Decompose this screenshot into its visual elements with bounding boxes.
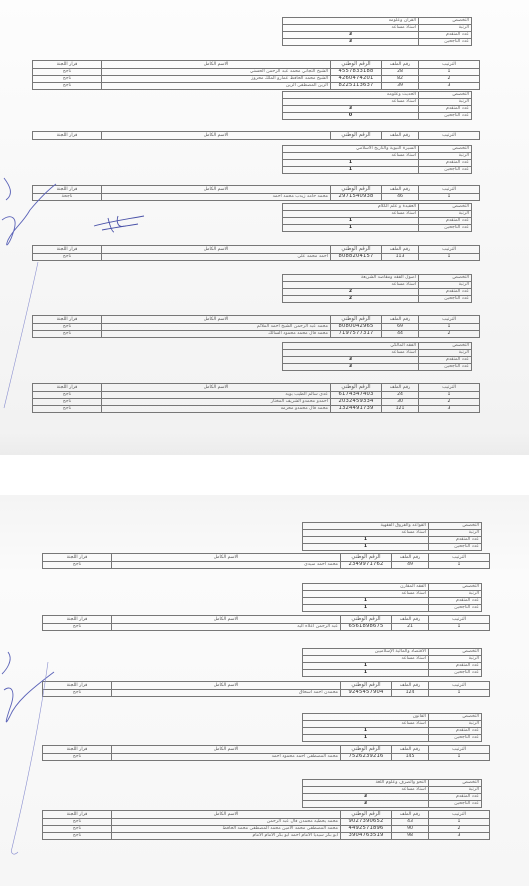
col-full-name-header: الاسم الكامل [102,246,331,254]
file-number-cell: 124 [392,690,429,697]
rank-label: الرتبة [429,530,482,537]
table-row: 3983904763519ابو بكر سيديا الامام احمد ا… [43,833,490,840]
rank-row: الرتبةاستاذ مساعد [283,99,472,106]
order-cell: 1 [419,324,480,331]
passed-count-label: عدد الناجحين [419,167,472,174]
col-order-header: الترتيب [429,811,490,819]
file-number-cell: 43 [392,819,429,826]
order-cell: 2 [419,76,480,83]
table-row: 3398225113637الزين المصطفى الزينناجح [33,83,480,90]
national-id-cell: 4557833188 [331,69,382,76]
passed-count-row: عدد الناجحين1 [303,670,482,677]
passed-count-value: 3 [283,39,419,46]
passed-count-label: عدد الناجحين [419,113,472,120]
specialization-value: القانون [303,714,429,721]
full-name-cell: محمد احمد سيدي [112,562,341,569]
col-file-header: رقم الملف [392,616,429,624]
passed-count-label: عدد الناجحين [429,544,482,551]
passed-count-row: عدد الناجحين1 [303,605,482,612]
national-id-cell: 8088204157 [331,254,382,261]
rank-value: استاذ مساعد [283,350,419,357]
applicants-count-label: عدد المتقدم [419,160,472,167]
specialization-info-table: التخصصاصول الفقه ومقاصد الشريعةالرتبةاست… [282,274,472,303]
results-table: الترتيبرقم الملفالرقم الوطنيالاسم الكامل… [32,315,480,338]
col-decision-header: قرار اللجنة [33,61,102,69]
decision-cell: ناجح [43,833,112,840]
rank-label: الرتبة [419,153,472,160]
passed-count-label: عدد الناجحين [429,801,482,808]
rank-value: استاذ مساعد [283,153,419,160]
order-cell: 2 [419,399,480,406]
specialization-info-table: التخصصالقواعد والفروق الفقهيةالرتبةاستاذ… [302,522,482,551]
rank-value: استاذ مساعد [283,25,419,32]
applicants-count-row: عدد المتقدم1 [283,218,472,225]
rank-value: استاذ مساعد [283,211,419,218]
passed-count-value: 1 [283,167,419,174]
rank-label: الرتبة [419,350,472,357]
rank-row: الرتبةاستاذ مساعد [283,211,472,218]
col-decision-header: قرار اللجنة [43,746,112,754]
results-header-row: الترتيبرقم الملفالرقم الوطنيالاسم الكامل… [33,246,480,254]
passed-count-value: 1 [283,225,419,232]
col-national-id-header: الرقم الوطني [341,554,392,562]
applicants-count-value: 1 [283,160,419,167]
col-file-header: رقم الملف [382,61,419,69]
specialization-value: القواعد والفروق الفقهية [303,523,429,530]
col-decision-header: قرار اللجنة [33,384,102,392]
national-id-cell: 2349971762 [341,562,392,569]
national-id-cell: 7526239216 [341,754,392,761]
decision-cell: ناجح [33,324,102,331]
results-table: الترتيبرقم الملفالرقم الوطنيالاسم الكامل… [42,810,490,840]
col-decision-header: قرار اللجنة [43,811,112,819]
rank-label: الرتبة [419,211,472,218]
specialization-row: التخصصالفقه المقارن [303,584,482,591]
rank-value: استاذ مساعد [283,99,419,106]
decision-cell: ناجح [33,69,102,76]
passed-count-label: عدد الناجحين [419,39,472,46]
full-name-cell: محمد عبد الرحمن الشيخ احمد الملائم [102,324,331,331]
file-number-cell: 44 [382,331,419,338]
rank-value: استاذ مساعد [283,282,419,289]
specialization-row: التخصصالقانون [303,714,482,721]
full-name-cell: ابو بكر سيديا الامام احمد ابو بكر الامام… [112,833,341,840]
results-table: الترتيبرقم الملفالرقم الوطنيالاسم الكامل… [42,681,490,697]
results-header-row: الترتيبرقم الملفالرقم الوطنيالاسم الكامل… [33,384,480,392]
full-name-cell: محمد المصطفى احمد محمود احمد [112,754,341,761]
col-national-id-header: الرقم الوطني [331,246,382,254]
rank-row: الرتبةاستاذ مساعد [283,282,472,289]
col-national-id-header: الرقم الوطني [341,682,392,690]
applicants-count-label: عدد المتقدم [429,794,482,801]
national-id-cell: 7197577317 [331,331,382,338]
applicants-count-value: 2 [283,289,419,296]
col-national-id-header: الرقم الوطني [331,61,382,69]
applicants-count-row: عدد المتقدم1 [283,160,472,167]
results-table: الترتيبرقم الملفالرقم الوطنيالاسم الكامل… [32,185,480,201]
specialization-value: الفقه المالكي [283,343,419,350]
order-cell: 1 [419,194,480,201]
col-order-header: الترتيب [419,246,480,254]
diagonal-pen-line-icon [0,260,40,410]
col-full-name-header: الاسم الكامل [102,384,331,392]
passed-count-row: عدد الناجحين2 [283,296,472,303]
table-row: 1462971540938محمد حامد زيدب محمد احمدناج… [33,194,480,201]
passed-count-row: عدد الناجحين1 [283,167,472,174]
applicants-count-label: عدد المتقدم [419,32,472,39]
specialization-label: التخصص [429,584,482,591]
table-row: 11457526239216محمد المصطفى احمد محمود اح… [43,754,490,761]
table-row: 2302032459334احمدو محمدو الشريف المختارن… [33,399,480,406]
passed-count-value: 3 [303,801,429,808]
order-cell: 1 [429,562,490,569]
applicants-count-row: عدد المتقدم1 [303,598,482,605]
col-order-header: الترتيب [429,746,490,754]
applicants-count-value: 1 [303,663,429,670]
national-id-cell: 8080042965 [331,324,382,331]
applicants-count-label: عدد المتقدم [429,663,482,670]
specialization-row: التخصصالفقه المالكي [283,343,472,350]
col-decision-header: قرار اللجنة [43,616,112,624]
decision-cell: ناجح [43,624,112,631]
rank-row: الرتبةاستاذ مساعد [303,787,482,794]
order-cell: 1 [429,819,490,826]
applicants-count-row: عدد المتقدم3 [283,106,472,113]
order-cell: 3 [419,83,480,90]
full-name-cell: عدي سالم الطيب بوبه [102,392,331,399]
decision-cell: ناجح [43,826,112,833]
national-id-cell: 9245457904 [341,690,392,697]
decision-cell: ناجح [33,392,102,399]
col-order-header: الترتيب [429,554,490,562]
national-id-cell: 9027390652 [341,819,392,826]
order-cell: 2 [419,331,480,338]
table-row: 1246174347403عدي سالم الطيب بوبهناجح [33,392,480,399]
specialization-row: التخصصالاقتصاد والمالية الإسلاميين [303,649,482,656]
applicants-count-row: عدد المتقدم1 [303,663,482,670]
col-file-header: رقم الملف [392,682,429,690]
passed-count-value: 0 [283,113,419,120]
decision-cell: ناجح [33,76,102,83]
table-row: 11249245457904محمدن احمد اسحاقناجح [43,690,490,697]
specialization-row: التخصصالقرآن وعلومه [283,18,472,25]
col-file-header: رقم الملف [392,746,429,754]
applicants-count-value: 3 [283,357,419,364]
rank-row: الرتبةاستاذ مساعد [283,153,472,160]
col-full-name-header: الاسم الكامل [112,616,341,624]
col-order-header: الترتيب [419,61,480,69]
specialization-label: التخصص [419,275,472,282]
applicants-count-row: عدد المتقدم1 [303,728,482,735]
specialization-value: النحو والصرف وعلوم اللغة [303,780,429,787]
national-id-cell: 2032459334 [331,399,382,406]
specialization-label: التخصص [419,204,472,211]
full-name-cell: محمد حامد زيدب محمد احمد [102,194,331,201]
specialization-info-table: التخصصالعقيدة و علم الكلامالرتبةاستاذ مس… [282,203,472,232]
specialization-info-table: التخصصالفقه المالكيالرتبةاستاذ مساعدعدد … [282,342,472,371]
results-table: الترتيبرقم الملفالرقم الوطنيالاسم الكامل… [32,131,480,140]
passed-count-label: عدد الناجحين [419,364,472,371]
rank-value: استاذ مساعد [303,787,429,794]
specialization-label: التخصص [419,92,472,99]
col-national-id-header: الرقم الوطني [341,616,392,624]
applicants-count-label: عدد المتقدم [429,728,482,735]
col-order-header: الترتيب [419,186,480,194]
file-number-cell: 21 [392,624,429,631]
full-name-cell: الشيخ محمد الحافظ عمارو الملك محروز [102,76,331,83]
results-header-row: الترتيبرقم الملفالرقم الوطنيالاسم الكامل… [43,682,490,690]
col-full-name-header: الاسم الكامل [112,811,341,819]
table-row: 11138088204157احمد محمد عليناجح [33,254,480,261]
passed-count-row: عدد الناجحين3 [283,39,472,46]
file-number-cell: 39 [382,83,419,90]
diagonal-pen-line-icon [0,660,50,860]
col-full-name-header: الاسم الكامل [102,61,331,69]
full-name-cell: الزين المصطفى الزين [102,83,331,90]
results-header-row: الترتيبرقم الملفالرقم الوطنيالاسم الكامل… [43,616,490,624]
full-name-cell: عبد الرحمن اعلاه اليه [112,624,341,631]
order-cell: 1 [419,254,480,261]
passed-count-value: 1 [303,544,429,551]
specialization-row: التخصصالسيرة النبوية والتاريخ الاسلامي [283,146,472,153]
col-full-name-header: الاسم الكامل [102,186,331,194]
rank-label: الرتبة [429,721,482,728]
col-order-header: الترتيب [419,316,480,324]
results-header-row: الترتيبرقم الملفالرقم الوطنيالاسم الكامل… [33,132,480,140]
rank-label: الرتبة [419,282,472,289]
results-table: الترتيبرقم الملفالرقم الوطنيالاسم الكامل… [42,615,490,631]
file-number-cell: 46 [382,194,419,201]
rank-value: استاذ مساعد [303,721,429,728]
order-cell: 1 [419,392,480,399]
passed-count-row: عدد الناجحين1 [283,225,472,232]
table-row: 31211324491739محمد فال محمدو محرمهناجح [33,406,480,413]
specialization-value: الاقتصاد والمالية الإسلاميين [303,649,429,656]
rank-label: الرتبة [419,25,472,32]
col-national-id-header: الرقم الوطني [341,811,392,819]
applicants-count-value: 3 [303,794,429,801]
col-file-header: رقم الملف [382,186,419,194]
passed-count-value: 1 [303,670,429,677]
full-name-cell: محمدن احمد اسحاق [112,690,341,697]
col-decision-header: قرار اللجنة [33,316,102,324]
results-header-row: الترتيبرقم الملفالرقم الوطنيالاسم الكامل… [43,746,490,754]
applicants-count-value: 1 [303,598,429,605]
col-national-id-header: الرقم الوطني [331,132,382,140]
decision-cell: ناجح [33,406,102,413]
table-row: 2447197577317محمد فال محمد محمود السالكن… [33,331,480,338]
national-id-cell: 4260474201 [331,76,382,83]
passed-count-row: عدد الناجحين1 [303,544,482,551]
file-number-cell: 145 [392,754,429,761]
col-full-name-header: الاسم الكامل [112,682,341,690]
results-header-row: الترتيبرقم الملفالرقم الوطنيالاسم الكامل… [33,61,480,69]
applicants-count-label: عدد المتقدم [419,218,472,225]
col-full-name-header: الاسم الكامل [102,316,331,324]
specialization-value: الفقه المقارن [303,584,429,591]
rank-row: الرتبةاستاذ مساعد [303,656,482,663]
col-decision-header: قرار اللجنة [33,132,102,140]
rank-label: الرتبة [429,656,482,663]
specialization-info-table: التخصصالسيرة النبوية والتاريخ الاسلاميال… [282,145,472,174]
applicants-count-row: عدد المتقدم1 [303,537,482,544]
results-table: الترتيبرقم الملفالرقم الوطنيالاسم الكامل… [32,245,480,261]
full-name-cell: محمد فال محمد محمود السالك [102,331,331,338]
specialization-value: اصول الفقه ومقاصد الشريعة [283,275,419,282]
passed-count-value: 3 [283,364,419,371]
specialization-value: السيرة النبوية والتاريخ الاسلامي [283,146,419,153]
national-id-cell: 6174347403 [331,392,382,399]
col-decision-header: قرار اللجنة [43,554,112,562]
rank-row: الرتبةاستاذ مساعد [303,721,482,728]
applicants-count-value: 1 [303,537,429,544]
specialization-row: التخصصالقواعد والفروق الفقهية [303,523,482,530]
specialization-value: العقيدة و علم الكلام [283,204,419,211]
applicants-count-label: عدد المتقدم [429,537,482,544]
passed-count-value: 2 [283,296,419,303]
order-cell: 1 [429,690,490,697]
file-number-cell: 28 [382,69,419,76]
decision-cell: ناجح [33,83,102,90]
full-name-cell: محمد يحظيه محمدن فال عبد الرحمن [112,819,341,826]
decision-cell: ناجح [33,399,102,406]
national-id-cell: 4492571896 [341,826,392,833]
full-name-cell: محمد المصطفى محمد الامين محمد المصطفى مح… [112,826,341,833]
passed-count-row: عدد الناجحين3 [283,364,472,371]
order-cell: 1 [419,69,480,76]
national-id-cell: 3904763519 [341,833,392,840]
document-page-1: التخصصالقرآن وعلومهالرتبةاستاذ مساعدعدد … [0,0,529,455]
col-file-header: رقم الملف [382,316,419,324]
table-row: 1216561898675عبد الرحمن اعلاه اليهناجح [43,624,490,631]
specialization-row: التخصصالعقيدة و علم الكلام [283,204,472,211]
results-table: الترتيبرقم الملفالرقم الوطنيالاسم الكامل… [32,383,480,413]
specialization-row: التخصصاصول الفقه ومقاصد الشريعة [283,275,472,282]
rank-label: الرتبة [429,787,482,794]
col-order-header: الترتيب [429,682,490,690]
national-id-cell: 2971540938 [331,194,382,201]
rank-label: الرتبة [419,99,472,106]
file-number-cell: 98 [392,833,429,840]
col-file-header: رقم الملف [392,554,429,562]
rank-row: الرتبةاستاذ مساعد [283,350,472,357]
applicants-count-row: عدد المتقدم2 [283,289,472,296]
results-header-row: الترتيبرقم الملفالرقم الوطنيالاسم الكامل… [43,554,490,562]
results-header-row: الترتيبرقم الملفالرقم الوطنيالاسم الكامل… [33,316,480,324]
initials-mark-icon [92,212,152,236]
file-number-cell: 30 [382,399,419,406]
specialization-label: التخصص [419,146,472,153]
specialization-info-table: التخصصالحديث وعلومهالرتبةاستاذ مساعدعدد … [282,91,472,120]
decision-cell: ناجح [43,754,112,761]
specialization-value: القرآن وعلومه [283,18,419,25]
order-cell: 1 [429,754,490,761]
specialization-info-table: التخصصالنحو والصرف وعلوم اللغةالرتبةاستا… [302,779,482,808]
table-row: 1492349971762محمد احمد سيديناجح [43,562,490,569]
file-number-cell: 82 [382,76,419,83]
specialization-row: التخصصالنحو والصرف وعلوم اللغة [303,780,482,787]
applicants-count-row: عدد المتقدم3 [283,32,472,39]
national-id-cell: 6561898675 [341,624,392,631]
col-national-id-header: الرقم الوطني [341,746,392,754]
applicants-count-label: عدد المتقدم [429,598,482,605]
rank-row: الرتبةاستاذ مساعد [303,530,482,537]
specialization-label: التخصص [419,18,472,25]
national-id-cell: 1324491739 [331,406,382,413]
order-cell: 2 [429,826,490,833]
specialization-info-table: التخصصالفقه المقارنالرتبةاستاذ مساعدعدد … [302,583,482,612]
col-national-id-header: الرقم الوطني [331,384,382,392]
file-number-cell: 113 [382,254,419,261]
table-row: 2904492571896محمد المصطفى محمد الامين مح… [43,826,490,833]
file-number-cell: 69 [382,324,419,331]
table-row: 1698080042965محمد عبد الرحمن الشيخ احمد … [33,324,480,331]
passed-count-row: عدد الناجحين1 [303,735,482,742]
applicants-count-label: عدد المتقدم [419,357,472,364]
table-row: 1439027390652محمد يحظيه محمدن فال عبد ال… [43,819,490,826]
specialization-info-table: التخصصالقانونالرتبةاستاذ مساعدعدد المتقد… [302,713,482,742]
results-table: الترتيبرقم الملفالرقم الوطنيالاسم الكامل… [42,553,490,569]
col-full-name-header: الاسم الكامل [112,554,341,562]
file-number-cell: 24 [382,392,419,399]
passed-count-label: عدد الناجحين [429,735,482,742]
col-full-name-header: الاسم الكامل [102,132,331,140]
col-full-name-header: الاسم الكامل [112,746,341,754]
passed-count-label: عدد الناجحين [419,225,472,232]
applicants-count-label: عدد المتقدم [419,289,472,296]
col-file-header: رقم الملف [382,246,419,254]
passed-count-row: عدد الناجحين0 [283,113,472,120]
order-cell: 1 [429,624,490,631]
results-table: الترتيبرقم الملفالرقم الوطنيالاسم الكامل… [42,745,490,761]
decision-cell: ناجح [43,819,112,826]
specialization-label: التخصص [419,343,472,350]
national-id-cell: 8225113637 [331,83,382,90]
decision-cell: ناجح [33,331,102,338]
applicants-count-label: عدد المتقدم [419,106,472,113]
col-order-header: الترتيب [419,132,480,140]
rank-row: الرتبةاستاذ مساعد [283,25,472,32]
rank-value: استاذ مساعد [303,530,429,537]
rank-label: الرتبة [429,591,482,598]
file-number-cell: 90 [392,826,429,833]
passed-count-label: عدد الناجحين [429,605,482,612]
specialization-row: التخصصالحديث وعلومه [283,92,472,99]
order-cell: 3 [419,406,480,413]
full-name-cell: الشيخ التجاني محمد عبد الرحمن الحسني [102,69,331,76]
passed-count-label: عدد الناجحين [429,670,482,677]
file-number-cell: 49 [392,562,429,569]
rank-value: استاذ مساعد [303,591,429,598]
applicants-count-row: عدد المتقدم3 [283,357,472,364]
document-page-2: التخصصالقواعد والفروق الفقهيةالرتبةاستاذ… [0,495,529,886]
page-gap [0,455,529,495]
passed-count-value: 1 [303,605,429,612]
specialization-label: التخصص [429,780,482,787]
full-name-cell: احمد محمد علي [102,254,331,261]
specialization-label: التخصص [429,523,482,530]
col-file-header: رقم الملف [392,811,429,819]
col-national-id-header: الرقم الوطني [331,316,382,324]
col-file-header: رقم الملف [382,384,419,392]
table-row: 2824260474201الشيخ محمد الحافظ عمارو الم… [33,76,480,83]
order-cell: 3 [429,833,490,840]
applicants-count-row: عدد المتقدم3 [303,794,482,801]
specialization-info-table: التخصصالاقتصاد والمالية الإسلاميينالرتبة… [302,648,482,677]
col-national-id-header: الرقم الوطني [331,186,382,194]
applicants-count-value: 3 [283,32,419,39]
col-order-header: الترتيب [429,616,490,624]
